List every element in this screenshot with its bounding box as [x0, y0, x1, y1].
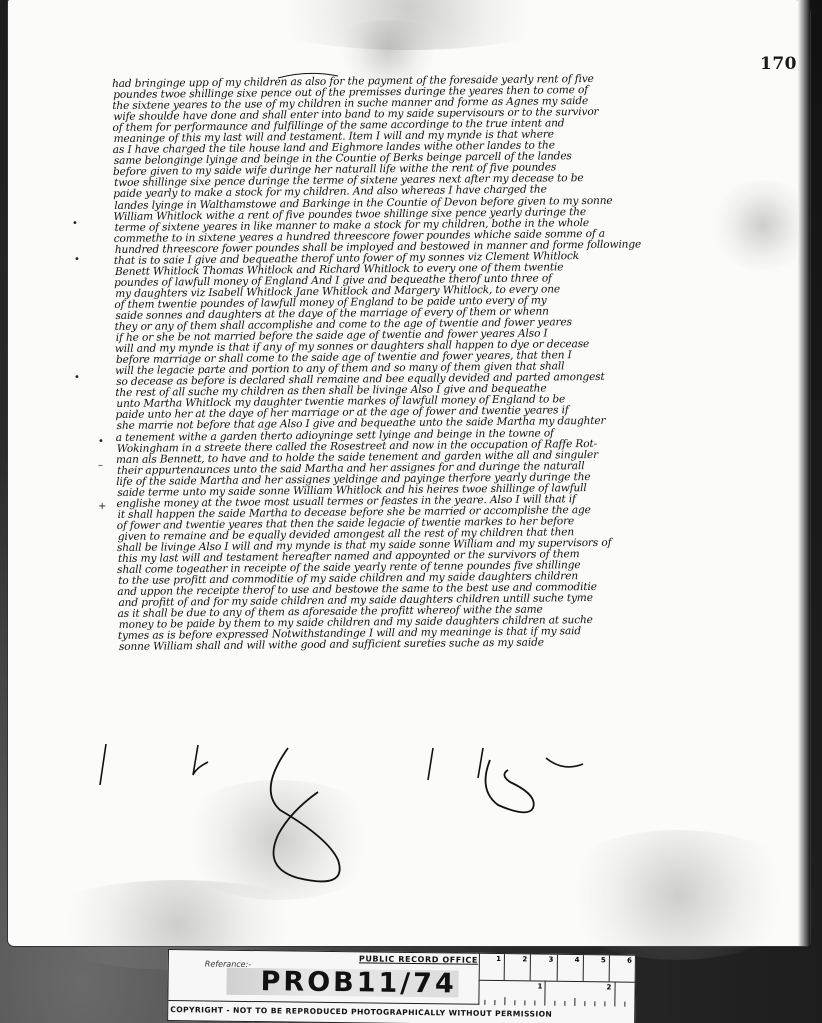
scale-cell: 3 — [531, 954, 557, 980]
scale-label: 3 — [548, 956, 553, 964]
reference-number: PROB11/74 — [260, 966, 456, 999]
scale-label: 5 — [601, 956, 606, 964]
record-office-label: Referance:- PUBLIC RECORD OFFICE PROB11/… — [167, 949, 636, 1023]
reference-area: Referance:- PUBLIC RECORD OFFICE PROB11/… — [168, 950, 480, 1005]
scale-cell: 2 — [505, 954, 531, 980]
office-name: PUBLIC RECORD OFFICE — [359, 954, 478, 964]
scale-label: 2 — [607, 983, 612, 991]
manuscript-page: 170 • • • • – + had bringinge upp of my … — [8, 0, 810, 946]
scale-label: 2 — [522, 955, 527, 963]
cm-scale: 1 2 3 4 5 6 — [479, 954, 635, 983]
scale-cell: 1 — [479, 954, 505, 980]
scale-cell: 6 — [609, 955, 634, 981]
scale-cell: 4 — [557, 955, 583, 981]
pen-flourishes — [8, 0, 810, 946]
scale-label: 1 — [538, 983, 543, 991]
inch-scale: 1 2 — [478, 980, 634, 1007]
scale-label: 4 — [575, 956, 580, 964]
scale-label: 6 — [627, 957, 632, 965]
scale-label: 1 — [496, 955, 501, 963]
scale-cell: 5 — [583, 955, 609, 981]
